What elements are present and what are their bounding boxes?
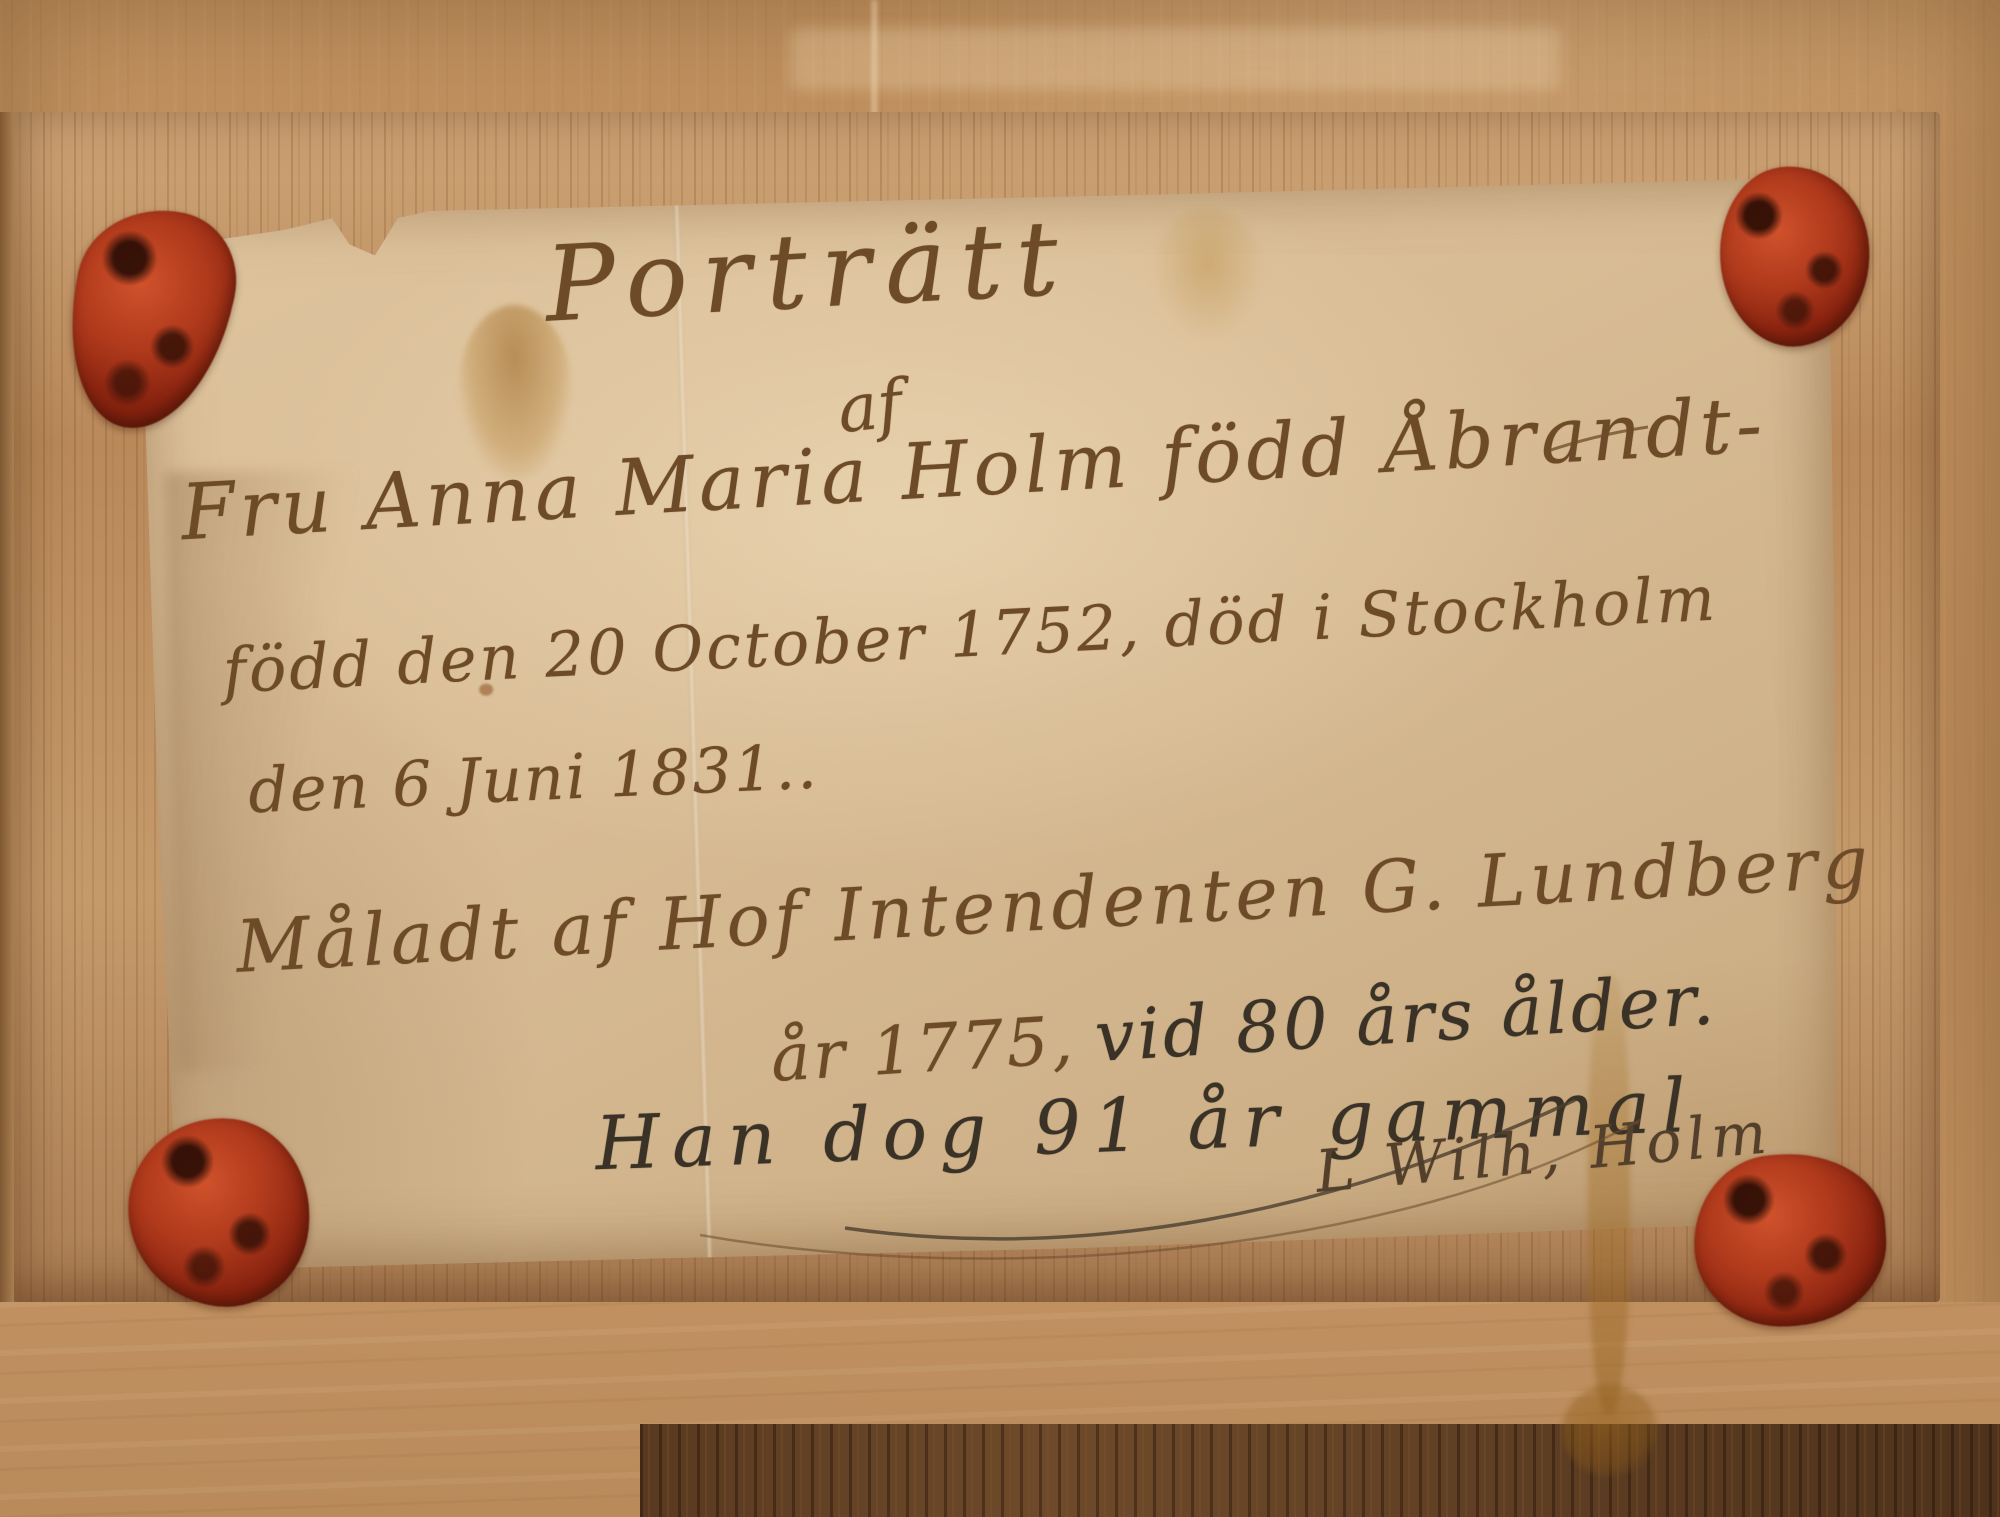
drip-stain-blob: [1562, 1385, 1658, 1477]
tape-strip: [790, 28, 1560, 90]
photo-frame-back: Porträtt af Fru Anna Maria Holm född Åbr…: [0, 0, 2000, 1517]
paper-seam: [872, 0, 877, 118]
dark-wood-bottom-edge: [640, 1424, 2000, 1517]
wood-edge-left: [0, 112, 14, 1302]
stain: [1149, 207, 1267, 344]
